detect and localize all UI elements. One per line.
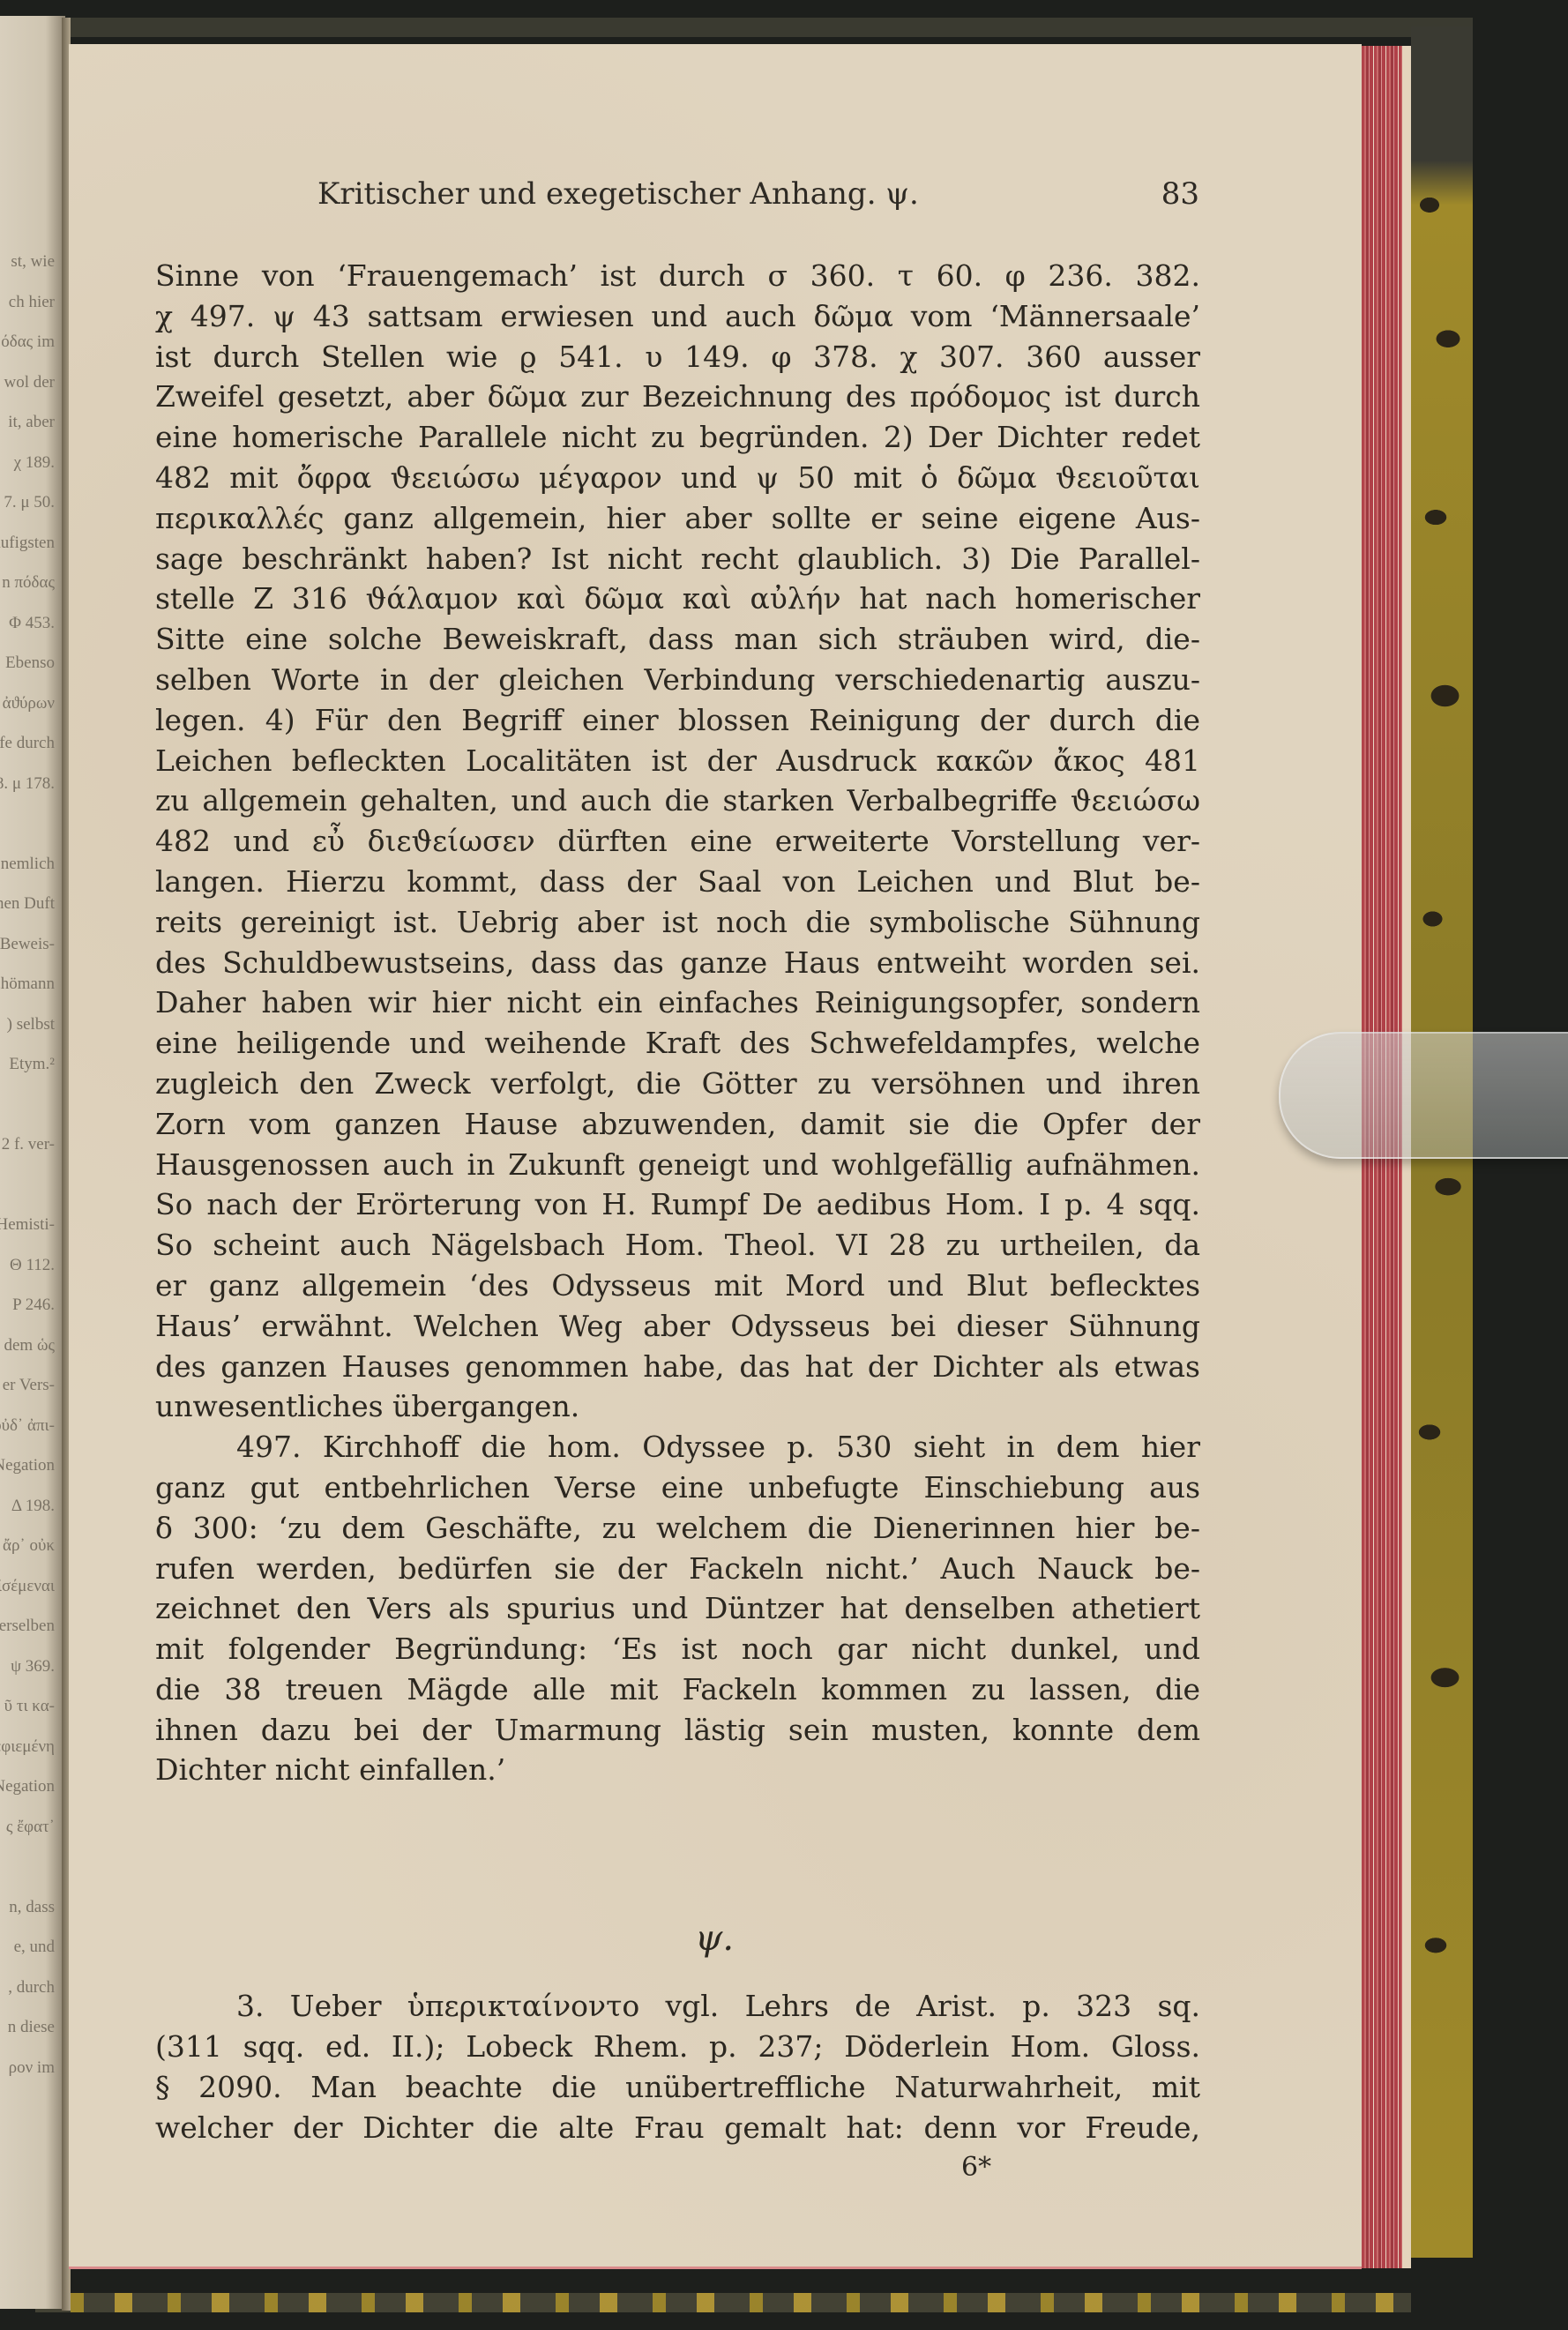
left-page-fragment: οὐδ᾽ ἀπι- — [0, 1416, 55, 1436]
text-line: rufen werden, bedürfen sie der Fackeln n… — [155, 1549, 1200, 1589]
running-head-title: Kritischer und exegetischer Anhang. ψ. — [317, 176, 919, 212]
text-line: Zweifel gesetzt, aber δῶμα zur Bezeichnu… — [155, 377, 1200, 417]
left-page-fragment: st, wie — [11, 252, 55, 272]
left-page-fragment: Negation — [0, 1456, 55, 1475]
section-body: 3. Ueber ὑπερικταίνοντο vgl. Lehrs de Ar… — [155, 1986, 1200, 2148]
text-line: Haus’ erwähnt. Welchen Weg aber Odysseus… — [155, 1306, 1200, 1347]
text-line: ganz gut entbehrlichen Verse eine unbefu… — [155, 1467, 1200, 1508]
left-page-fragment: it, aber — [8, 413, 55, 432]
text-line: Daher haben wir hier nicht ein einfaches… — [155, 982, 1200, 1023]
left-page-fragment: ἐφιεμένη — [0, 1737, 55, 1757]
left-page-fragment: χ 189. — [14, 453, 55, 473]
text-line: er ganz allgemein ‘des Odysseus mit Mord… — [155, 1266, 1200, 1306]
marbled-cover-bottom-edge — [35, 2293, 1411, 2312]
left-page-fragment: nemlich — [1, 855, 55, 874]
text-line: 482 mit ὄφρα ϑεειώσω μέγαρον und ψ 50 mi… — [155, 458, 1200, 498]
left-page-fragment: Ebenso — [5, 653, 55, 673]
left-page-fragment: όδας im — [1, 332, 55, 352]
text-line: Sinne von ‘Frauengemach’ ist durch σ 360… — [155, 256, 1200, 296]
text-line: ihnen dazu bei der Umarmung lästig sein … — [155, 1710, 1200, 1751]
left-page-fragment: chömann — [0, 975, 55, 994]
left-page-fragment: ) selbst — [7, 1015, 55, 1034]
text-line: Hausgenossen auch in Zukunft geneigt und… — [155, 1145, 1200, 1185]
left-page-fragment: ψ 369. — [11, 1657, 55, 1677]
left-page-fragment: erselben — [0, 1617, 55, 1636]
text-line: legen. 4) Für den Begriff einer blossen … — [155, 700, 1200, 741]
page-number: 83 — [1161, 176, 1199, 212]
left-page-fragment: ς ἔφατ᾽ — [6, 1818, 55, 1837]
text-line: zu allgemein gehalten, und auch die star… — [155, 780, 1200, 821]
text-line: stelle Z 316 ϑάλαμον καὶ δῶμα καὶ αὐλήν … — [155, 579, 1200, 619]
commentary-body: Sinne von ‘Frauengemach’ ist durch σ 360… — [155, 256, 1200, 1790]
text-line: reits gereinigt ist. Uebrig aber ist noc… — [155, 902, 1200, 943]
left-page-fragment: P 246. — [12, 1296, 55, 1315]
text-line: die 38 treuen Mägde alle mit Fackeln kom… — [155, 1669, 1200, 1710]
text-line: χ 497. ψ 43 sattsam erwiesen und auch δῶ… — [155, 296, 1200, 337]
text-line: Sitte eine solche Beweiskraft, dass man … — [155, 619, 1200, 660]
text-line: So scheint auch Nägelsbach Hom. Theol. V… — [155, 1225, 1200, 1266]
left-page-fragment: n diese — [8, 2018, 55, 2037]
left-page-fragment: wol der — [4, 373, 55, 392]
text-line: § 2090. Man beachte die unübertreffliche… — [155, 2067, 1200, 2108]
text-line: selben Worte in der gleichen Verbindung … — [155, 660, 1200, 700]
left-page-fragment: ἄρ᾽ οὐκ — [3, 1536, 55, 1556]
text-line: sage beschränkt haben? Ist nicht recht g… — [155, 539, 1200, 579]
signature-mark: 6* — [961, 2152, 991, 2183]
left-page-fragment: ch hier — [9, 293, 55, 312]
bookmark-clip — [1279, 1032, 1568, 1159]
book-cover-top-edge — [53, 18, 1473, 37]
left-page-fragment: 7. μ 50. — [4, 493, 55, 512]
text-line: Leichen befleckten Localitäten ist der A… — [155, 741, 1200, 781]
text-line: ist durch Stellen wie ϱ 541. υ 149. φ 37… — [155, 337, 1200, 377]
left-page-fragment: er Vers- — [3, 1376, 55, 1395]
left-page-fragment: Negation — [0, 1777, 55, 1796]
left-page-fragment: , durch — [8, 1978, 55, 1998]
text-line: welcher der Dichter die alte Frau gemalt… — [155, 2108, 1200, 2148]
running-head: Kritischer und exegetischer Anhang. ψ. 8… — [317, 176, 1199, 212]
text-line: Zorn vom ganzen Hause abzuwenden, damit … — [155, 1104, 1200, 1145]
text-line: zeichnet den Vers als spurius und Düntze… — [155, 1588, 1200, 1629]
text-line: 482 und εὖ διεϑείωσεν dürften eine erwei… — [155, 821, 1200, 862]
left-page-fragment: dem ὡς — [4, 1336, 56, 1355]
left-page-fragment: ῦ τι κα- — [4, 1697, 55, 1716]
text-line: Dichter nicht einfallen.’ — [155, 1750, 1200, 1790]
text-line: περικαλλές ganz allgemein, hier aber sol… — [155, 498, 1200, 539]
text-line: 497. Kirchhoff die hom. Odyssee p. 530 s… — [155, 1427, 1200, 1467]
left-page-fragment: Φ 453. — [9, 614, 55, 633]
left-page-fragment: ρον im — [9, 2058, 55, 2078]
text-line: So nach der Erörterung von H. Rumpf De a… — [155, 1184, 1200, 1225]
left-page-fragment: n, dass — [9, 1898, 55, 1917]
text-line: δ 300: ‘zu dem Geschäfte, zu welchem die… — [155, 1508, 1200, 1549]
text-line: (311 sqq. ed. II.); Lobeck Rhem. p. 237;… — [155, 2027, 1200, 2067]
facing-left-page: st, wiech hierόδας imwol derit, aberχ 18… — [0, 16, 65, 2309]
left-page-fragment: nen Duft — [0, 894, 55, 914]
left-page-fragment: 8. μ 178. — [0, 774, 55, 794]
section-heading-psi: ψ. — [0, 1918, 1429, 1959]
left-page-fragment: Θ 112. — [10, 1256, 55, 1275]
text-line: mit folgender Begründung: ‘Es ist noch g… — [155, 1629, 1200, 1669]
left-page-fragment: äufigsten — [0, 534, 55, 553]
left-page-fragment: n πόδας — [2, 573, 55, 593]
left-page-fragment: 2 f. ver- — [2, 1135, 55, 1154]
text-line: eine homerische Parallele nicht zu begrü… — [155, 417, 1200, 458]
text-line: zugleich den Zweck verfolgt, die Götter … — [155, 1064, 1200, 1104]
left-page-fragment: Δ 198. — [11, 1497, 55, 1516]
text-line: 3. Ueber ὑπερικταίνοντο vgl. Lehrs de Ar… — [155, 1986, 1200, 2027]
left-page-fragment: Beweis- — [0, 935, 55, 954]
left-page-fragment: fe durch — [0, 734, 55, 753]
text-line: langen. Hierzu kommt, dass der Saal von … — [155, 862, 1200, 902]
text-line: des ganzen Hauses genommen habe, das hat… — [155, 1347, 1200, 1387]
left-page-fragment: ἀϑύρων — [3, 694, 55, 713]
text-line: eine heiligende und weihende Kraft des S… — [155, 1023, 1200, 1064]
text-line: unwesentliches übergangen. — [155, 1386, 1200, 1427]
left-page-fragment: Hemisti- — [0, 1215, 55, 1235]
text-line: des Schuldbewustseins, dass das ganze Ha… — [155, 943, 1200, 983]
left-page-fragment: ἰσέμεναι — [0, 1577, 55, 1596]
left-page-fragment: Etym.² — [9, 1055, 55, 1074]
